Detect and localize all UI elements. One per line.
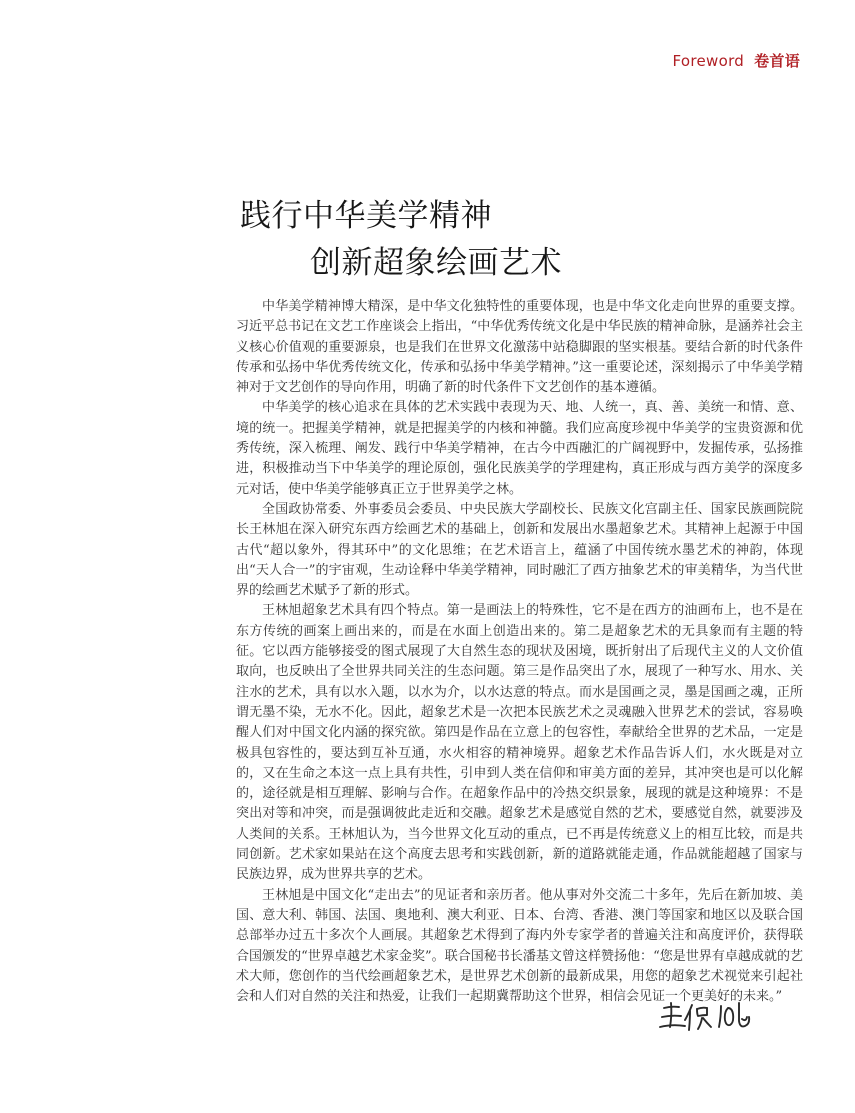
foreword-label-zh: 卷首语 (754, 52, 800, 70)
paragraph-3: 全国政协常委、外事委员会委员、中央民族大学副校长、民族文化宫副主任、国家民族画院… (236, 500, 803, 601)
page-title-line1: 践行中华美学精神 (240, 198, 492, 234)
signature-icon (658, 996, 753, 1046)
signature-handwriting (658, 996, 753, 1046)
foreword-header-label: Foreword卷首语 (672, 50, 800, 71)
paragraph-1: 中华美学精神博大精深，是中华文化独特性的重要体现，也是中华文化走向世界的重要支撑… (236, 297, 803, 398)
magazine-foreword-page: Foreword卷首语 践行中华美学精神 创新超象绘画艺术 中华美学精神博大精深… (0, 0, 855, 1113)
paragraph-2: 中华美学的核心追求在具体的艺术实践中表现为天、地、人统一，真、善、美统一和情、意… (236, 398, 803, 499)
foreword-label-en: Foreword (672, 52, 744, 70)
article-body: 中华美学精神博大精深，是中华文化独特性的重要体现，也是中华文化走向世界的重要支撑… (236, 297, 803, 1007)
page-title: 践行中华美学精神 创新超象绘画艺术 (240, 193, 562, 287)
page-title-line2: 创新超象绘画艺术 (310, 240, 562, 287)
paragraph-5: 王林旭是中国文化“走出去”的见证者和亲历者。他从事对外交流二十多年，先后在新加坡… (236, 886, 803, 1008)
paragraph-4: 王林旭超象艺术具有四个特点。第一是画法上的特殊性，它不是在西方的油画布上，也不是… (236, 601, 803, 885)
